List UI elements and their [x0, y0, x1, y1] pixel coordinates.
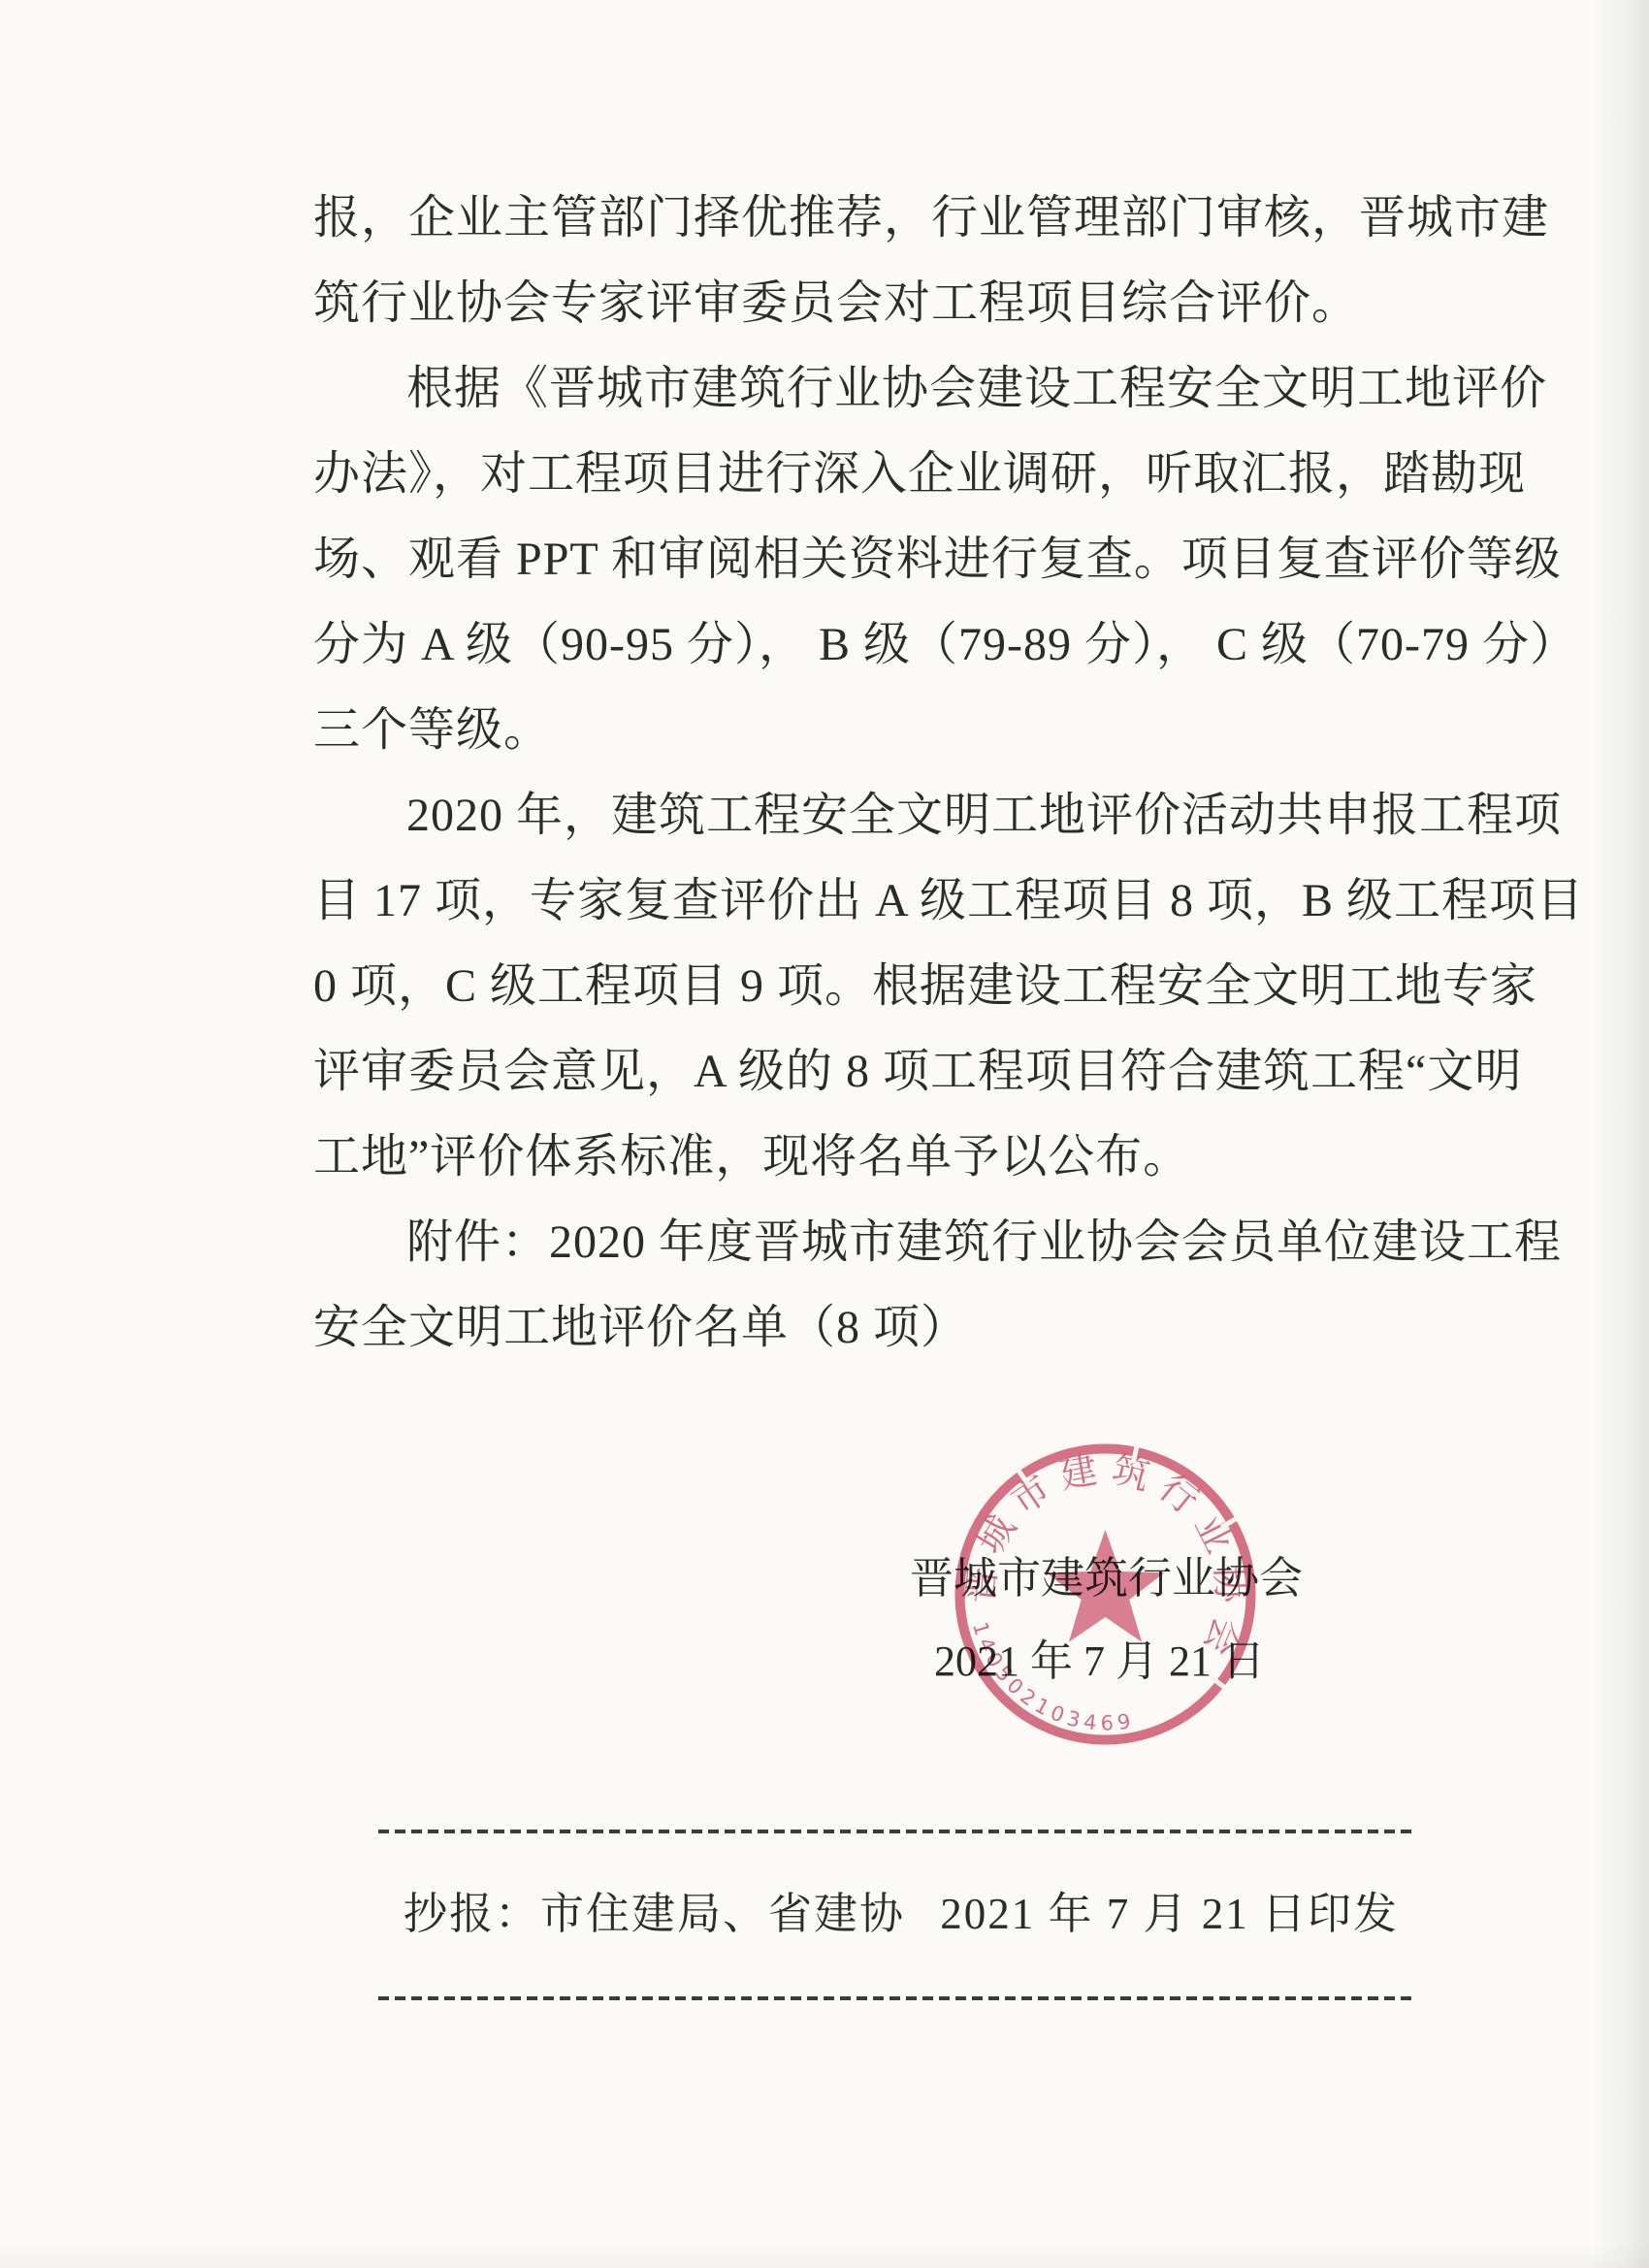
red-star-icon — [1047, 1530, 1165, 1642]
footer-divider-top — [378, 1830, 1416, 1833]
body-line: 根据《晋城市建筑行业协会建设工程安全文明工地评价 — [313, 346, 1445, 432]
body-line: 工地”评价体系标准，现将名单予以公布。 — [313, 1115, 1445, 1200]
body-line: 三个等级。 — [313, 688, 1445, 773]
body-line: 0 项，C 级工程项目 9 项。根据建设工程安全文明工地专家 — [313, 944, 1445, 1029]
scan-edge-shadow — [0, 2243, 1649, 2268]
body-line: 2020 年，建筑工程安全文明工地评价活动共申报工程项 — [313, 773, 1445, 859]
document-body: 报，企业主管部门择优推荐，行业管理部门审核，晋城市建 筑行业协会专家评审委员会对… — [313, 176, 1445, 1371]
body-line: 目 17 项，专家复查评价出 A 级工程项目 8 项，B 级工程项目 — [313, 859, 1445, 944]
body-line: 附件：2020 年度晋城市建筑行业协会会员单位建设工程 — [313, 1200, 1445, 1285]
footer-copy-to: 抄报：市住建局、省建协 — [378, 1885, 905, 1943]
scan-edge-shadow — [1591, 0, 1649, 2268]
body-line: 办法》，对工程项目进行深入企业调研，听取汇报，踏勘现 — [313, 432, 1445, 517]
body-line: 场、观看 PPT 和审阅相关资料进行复查。项目复查评价等级 — [313, 517, 1445, 602]
body-line: 分为 A 级（90-95 分）， B 级（79-89 分）， C 级（70-79… — [313, 602, 1445, 688]
body-line: 安全文明工地评价名单（8 项） — [313, 1285, 1445, 1371]
footer-divider-bottom — [378, 1996, 1416, 2000]
footer: 抄报：市住建局、省建协 2021 年 7 月 21 日印发 — [378, 1885, 1416, 1943]
body-line: 评审委员会意见，A 级的 8 项工程项目符合建筑工程“文明 — [313, 1029, 1445, 1115]
footer-print-date: 2021 年 7 月 21 日印发 — [940, 1885, 1416, 1943]
body-line: 筑行业协会专家评审委员会对工程项目综合评价。 — [313, 261, 1445, 346]
scanned-official-document: 报，企业主管部门择优推荐，行业管理部门审核，晋城市建 筑行业协会专家评审委员会对… — [0, 0, 1649, 2268]
body-line: 报，企业主管部门择优推荐，行业管理部门审核，晋城市建 — [313, 176, 1445, 261]
official-seal-stamp: 晋城市建筑行业协会 1405021034693 — [953, 1442, 1258, 1747]
